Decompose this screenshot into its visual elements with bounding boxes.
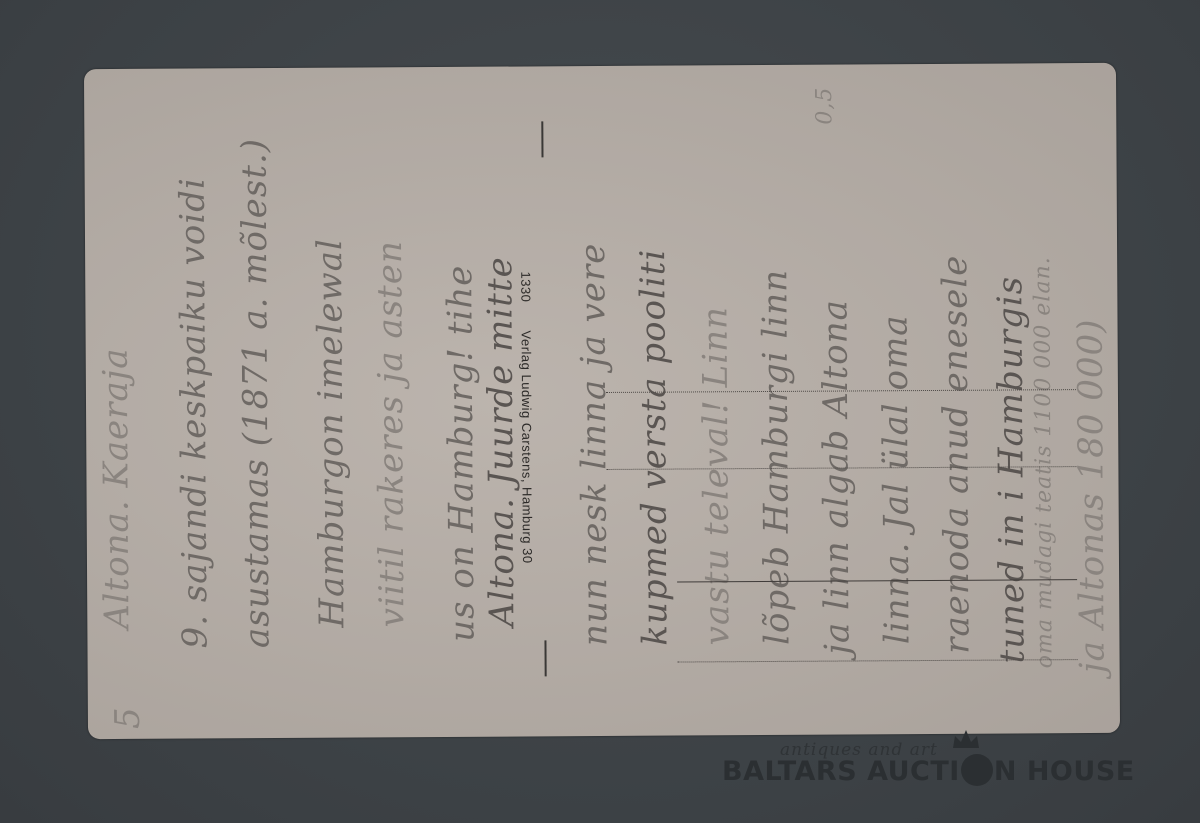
handwriting-line: ja linn algab Altona [815, 299, 857, 655]
divider-rule [541, 121, 543, 157]
auction-house-watermark: antiques and art BALTARS AUCTIN HOUSE [722, 738, 1122, 798]
handwriting-line: raenoda anud enesele [935, 255, 977, 654]
crown-icon [951, 730, 981, 750]
globe-icon [961, 754, 993, 786]
handwriting-line: Hamburgon imelewal [310, 238, 352, 628]
handwriting-line: nun nesk linna ja vere [573, 243, 615, 647]
handwriting-line: tuned in i Hamburgis [990, 276, 1032, 664]
handwriting-line: ja Altonas 180 000) [1071, 318, 1113, 673]
corner-mark: 0,5 [812, 87, 837, 125]
handwriting-line: lõpeb Hamburgi linn [755, 269, 797, 645]
watermark-name-part1: BALTARS AUCTI [722, 756, 960, 787]
page-mark: 5 [108, 706, 148, 729]
handwriting-line: kupmed versta pooliti [633, 249, 675, 646]
watermark-name: BALTARS AUCTIN HOUSE [722, 754, 1135, 787]
handwriting-line: linna. Jal ülal oma [875, 314, 917, 644]
handwriting-line: viitil rakeres ja asten [370, 240, 412, 627]
handwriting-line: vastu televal! Linn [695, 306, 737, 645]
publisher-imprint: 1330 Verlag Ludwig Carstens, Hamburg 30 [518, 271, 535, 563]
postcard: Altona. Kaeraja 9. sajandi keskpaiku voi… [84, 63, 1120, 739]
publisher-name: Verlag Ludwig Carstens, Hamburg 30 [519, 330, 535, 563]
divider-rule [544, 640, 546, 676]
card-number: 1330 [518, 271, 533, 302]
handwriting-line: asustamas (1871 a. mõlest.) [234, 138, 277, 648]
handwriting-line: us on Hamburg! tihe [440, 265, 482, 642]
handwriting-line: 9. sajandi keskpaiku voidi [173, 177, 216, 649]
handwriting-line: oma mudagi teatis 1100 000 elan. [1030, 256, 1058, 668]
handwriting-line: Altona. Kaeraja [96, 347, 138, 629]
handwriting-line: Altona. Juurde mitte [480, 256, 522, 627]
watermark-name-part2: N HOUSE [994, 756, 1135, 787]
